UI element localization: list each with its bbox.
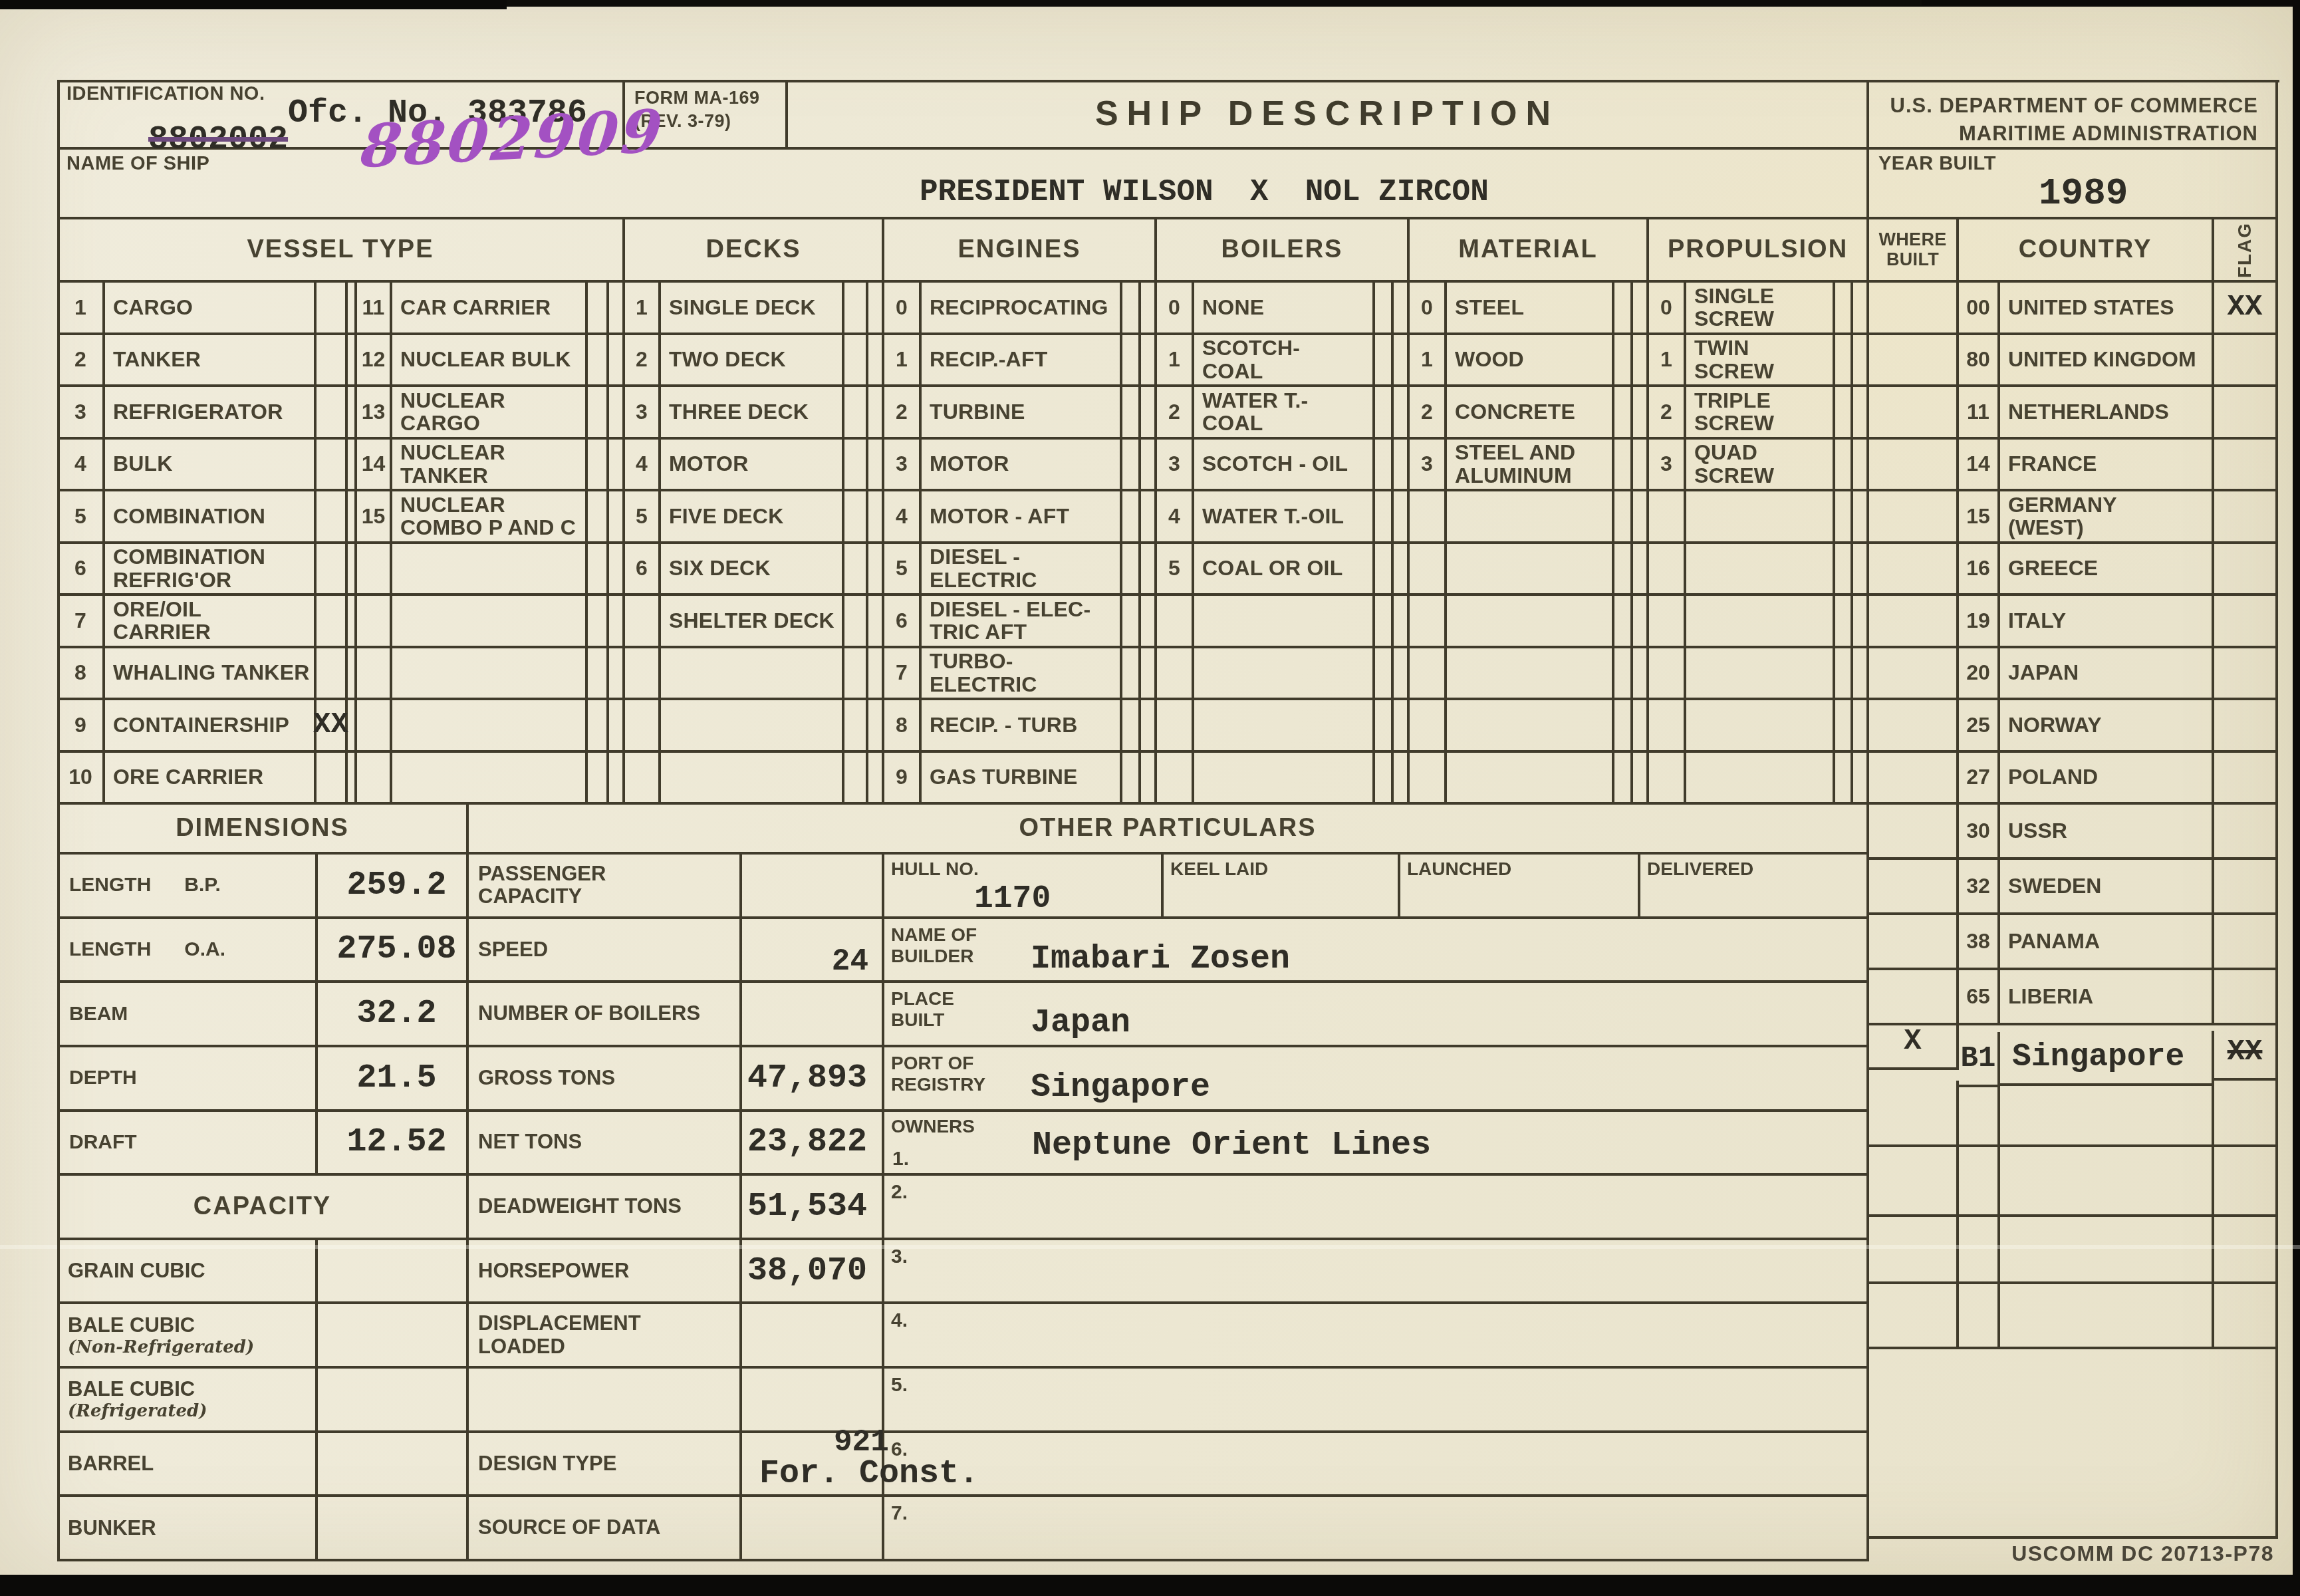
engines-label-cell: MOTOR - AFT [922, 491, 1122, 544]
port-of-registry-label: PORT OF REGISTRY [891, 1053, 985, 1095]
where-built-cell [1869, 648, 1959, 701]
country-name-cell: USSR [2000, 805, 2214, 860]
engines-check-cell [1122, 648, 1141, 701]
capacity-value-cell [318, 1304, 469, 1369]
decks-check-cell [844, 387, 868, 440]
decks-label-cell: MOTOR [661, 440, 844, 492]
builder-label: NAME OF BUILDER [891, 924, 977, 967]
particular-value: 38,070 [747, 1252, 867, 1290]
where-built-cell [1869, 544, 1959, 597]
decks-label-cell [661, 648, 844, 701]
particular-label-cell: DISPLACEMENT LOADED [469, 1304, 742, 1369]
dimension-value: 21.5 [356, 1059, 436, 1097]
agency-line1: U.S. DEPARTMENT OF COMMERCE [1890, 92, 2258, 120]
boilers-label-cell: WATER T.- COAL [1194, 387, 1375, 440]
boilers-number-cell [1157, 753, 1194, 805]
divider-gap-cell [1633, 387, 1649, 440]
divider-gap-cell [1141, 440, 1157, 492]
boilers-label-cell [1194, 700, 1375, 753]
decks-number-cell [625, 700, 661, 753]
country-name-cell [2000, 1147, 2214, 1217]
vessel-type-check-cell [317, 544, 348, 597]
propulsion-check-cell [1835, 700, 1853, 753]
scan-edge-artifact-bottom [0, 1575, 2300, 1596]
vessel-type-check-cell [588, 544, 609, 597]
flag-cell: XX [2214, 283, 2278, 335]
boilers-label-cell: NONE [1194, 283, 1375, 335]
particular-label-cell: SPEED [469, 919, 742, 984]
country-code-cell: 27 [1959, 753, 2000, 805]
flag-cell [2214, 753, 2278, 805]
vessel-type-label-cell [392, 648, 588, 701]
vessel-type-check-cell [317, 491, 348, 544]
divider-gap-cell [1853, 491, 1869, 544]
flag-cell: XX [2214, 1025, 2278, 1081]
engines-number-cell: 9 [884, 753, 922, 805]
material-check-cell [1614, 648, 1633, 701]
country-name-cell: UNITED KINGDOM [2000, 335, 2214, 388]
vessel-type-check-cell [317, 753, 348, 805]
right-area-cell: PLACE BUILTJapan [884, 983, 1869, 1047]
divider-gap-cell [1141, 648, 1157, 701]
divider-gap-cell [1633, 491, 1649, 544]
divider-gap-cell [868, 596, 884, 648]
boilers-number-cell: 2 [1157, 387, 1194, 440]
divider-gap-cell [1394, 596, 1410, 648]
divider-gap-cell [609, 491, 625, 544]
material-number-cell [1410, 544, 1447, 597]
country-name-cell: POLAND [2000, 753, 2214, 805]
divider-gap-cell [609, 440, 625, 492]
vessel-type-check-cell [588, 648, 609, 701]
capacity-label: BUNKER [68, 1516, 156, 1540]
form-border-left [57, 80, 60, 1561]
engines-check-cell [1122, 440, 1141, 492]
particular-value-cell [742, 1369, 884, 1433]
particular-value-cell: 47,893 [742, 1047, 884, 1112]
vessel-type-number-cell: 2 [59, 335, 105, 388]
boilers-label-cell: WATER T.-OIL [1194, 491, 1375, 544]
dimension-label-cell: LENGTH O.A. [59, 919, 318, 984]
boilers-number-cell: 1 [1157, 335, 1194, 388]
propulsion-check-cell [1835, 283, 1853, 335]
vessel-type-label-cell: WHALING TANKER [105, 648, 317, 701]
engines-number-cell: 1 [884, 335, 922, 388]
particular-value-cell [742, 855, 884, 919]
decks-check-cell [844, 440, 868, 492]
country-name-cell: FRANCE [2000, 440, 2214, 492]
propulsion-label-cell [1686, 700, 1835, 753]
capacity-sublabel: (Non-Refrigerated) [68, 1337, 254, 1357]
dimension-value: 32.2 [356, 995, 436, 1033]
scan-edge-artifact-top-left [0, 0, 507, 9]
boilers-number-cell: 3 [1157, 440, 1194, 492]
vessel-type-check-cell: XX [317, 700, 348, 753]
country-code-cell: 00 [1959, 283, 2000, 335]
vessel-type-label-cell: ORE CARRIER [105, 753, 317, 805]
country-name-cell [2000, 1284, 2214, 1349]
dimension-label-cell: BEAM [59, 983, 318, 1047]
material-label-cell: WOOD [1447, 335, 1614, 388]
boilers-check-cell [1375, 283, 1394, 335]
country-code-cell: 30 [1959, 805, 2000, 860]
propulsion-number-cell [1649, 544, 1686, 597]
flag-cell [2214, 544, 2278, 597]
dimension-value-cell: 275.08 [318, 919, 469, 984]
particular-label-cell: PASSENGER CAPACITY [469, 855, 742, 919]
propulsion-label-cell [1686, 648, 1835, 701]
column-header: BOILERS [1157, 219, 1410, 283]
material-number-cell: 0 [1410, 283, 1447, 335]
country-code-cell: 80 [1959, 335, 2000, 388]
divider-gap-cell [868, 440, 884, 492]
flag-cell [2214, 648, 2278, 701]
boilers-label-cell: COAL OR OIL [1194, 544, 1375, 597]
material-label-cell: STEEL [1447, 283, 1614, 335]
propulsion-check-cell [1835, 544, 1853, 597]
engines-label-cell: RECIPROCATING [922, 283, 1122, 335]
dimension-value-cell: 32.2 [318, 983, 469, 1047]
decks-label-cell: SIX DECK [661, 544, 844, 597]
decks-number-cell: 3 [625, 387, 661, 440]
country-code-cell: 15 [1959, 491, 2000, 544]
vessel-type-number-cell [357, 700, 392, 753]
engines-label-cell: TURBINE [922, 387, 1122, 440]
engines-check-cell [1122, 753, 1141, 805]
hull-no-value: 1170 [974, 881, 1051, 917]
material-label-cell [1447, 596, 1614, 648]
particular-label-cell: NUMBER OF BOILERS [469, 983, 742, 1047]
where-built-cell [1869, 1147, 1959, 1217]
flag-cell [2214, 805, 2278, 860]
divider-gap-cell [348, 596, 357, 648]
propulsion-number-cell: 0 [1649, 283, 1686, 335]
where-built-cell [1869, 753, 1959, 805]
propulsion-check-cell [1835, 596, 1853, 648]
vessel-type-number-cell: 3 [59, 387, 105, 440]
design-type-value: 921 For. Const. [759, 1427, 979, 1491]
vessel-type-check-cell [317, 387, 348, 440]
engines-check-cell [1122, 491, 1141, 544]
scanned-ship-description-form: IDENTIFICATION NO. Ofc. No. 383786 88020… [0, 0, 2300, 1596]
decks-label-cell [661, 753, 844, 805]
vessel-type-number-cell: 8 [59, 648, 105, 701]
decks-number-cell: 5 [625, 491, 661, 544]
propulsion-number-cell [1649, 596, 1686, 648]
divider-gap-cell [348, 283, 357, 335]
divider-gap-cell [1853, 700, 1869, 753]
flag-cell [2214, 860, 2278, 915]
form-title-box: SHIP DESCRIPTION [788, 80, 1869, 150]
dimension-value-cell: 12.52 [318, 1112, 469, 1176]
vessel-type-number-cell [357, 596, 392, 648]
capacity-value-cell [318, 1433, 469, 1498]
vessel-type-check-cell [588, 596, 609, 648]
divider-gap-cell [609, 283, 625, 335]
country-code-cell: 38 [1959, 915, 2000, 970]
boilers-check-cell [1375, 700, 1394, 753]
boilers-label-cell [1194, 753, 1375, 805]
decks-label-cell: THREE DECK [661, 387, 844, 440]
dimension-value-cell: 259.2 [318, 855, 469, 919]
particular-label-cell [469, 1369, 742, 1433]
country-code-cell: 20 [1959, 648, 2000, 701]
divider-gap-cell [1394, 648, 1410, 701]
capacity-label: BARREL [68, 1452, 154, 1476]
dimension-value: 259.2 [346, 866, 446, 904]
country-code-cell: 25 [1959, 700, 2000, 753]
country-code-cell: B1 [1959, 1032, 2000, 1087]
speed-value: 24 [832, 944, 868, 979]
engines-number-cell: 4 [884, 491, 922, 544]
material-check-cell [1614, 335, 1633, 388]
particular-value-cell: 24 [742, 919, 884, 984]
material-check-cell [1614, 596, 1633, 648]
hull-no-label: HULL NO. [891, 859, 979, 880]
country-name-cell: UNITED STATES [2000, 283, 2214, 335]
engines-label-cell: RECIP.-AFT [922, 335, 1122, 388]
divider-gap-cell [868, 648, 884, 701]
country-code-cell [1959, 1217, 2000, 1284]
year-built-label: YEAR BUILT [1878, 153, 1996, 175]
decks-number-cell: 4 [625, 440, 661, 492]
divider-gap-cell [348, 753, 357, 805]
right-area-cell: HULL NO.1170KEEL LAIDLAUNCHEDDELIVERED [884, 855, 1869, 919]
particular-value-cell: 23,822 [742, 1112, 884, 1176]
vessel-type-number-cell: 12 [357, 335, 392, 388]
form-imprint-box: USCOMM DC 20713-P78 [1981, 1541, 2274, 1566]
vessel-type-check-cell [317, 648, 348, 701]
vessel-type-label-cell: NUCLEAR COMBO P AND C [392, 491, 588, 544]
year-built-box: YEAR BUILT 1989 [1869, 150, 2278, 219]
engines-number-cell: 7 [884, 648, 922, 701]
material-label-cell [1447, 648, 1614, 701]
dimension-label-cell: DEPTH [59, 1047, 318, 1112]
decks-check-cell [844, 283, 868, 335]
capacity-label-cell: BUNKER [59, 1497, 318, 1561]
launched-cell-label: LAUNCHED [1407, 859, 1511, 880]
ship-name-value: PRESIDENT WILSON X NOL ZIRCON [920, 175, 1489, 209]
boilers-label-cell [1194, 596, 1375, 648]
divider-gap-cell [348, 544, 357, 597]
where-built-cell [1869, 491, 1959, 544]
propulsion-label-cell: TRIPLE SCREW [1686, 387, 1835, 440]
decks-number-cell [625, 596, 661, 648]
material-number-cell: 3 [1410, 440, 1447, 492]
divider-gap-cell [609, 648, 625, 701]
divider-gap-cell [348, 491, 357, 544]
flag-cell [2214, 491, 2278, 544]
vessel-type-number-cell [357, 544, 392, 597]
material-number-cell: 1 [1410, 335, 1447, 388]
place-built-value: Japan [1031, 1004, 1130, 1042]
column-header: DECKS [625, 219, 884, 283]
material-number-cell: 2 [1410, 387, 1447, 440]
decks-label-cell: FIVE DECK [661, 491, 844, 544]
material-check-cell [1614, 491, 1633, 544]
keel-laid-cell: KEEL LAID [1164, 855, 1400, 916]
divider-gap-cell [868, 753, 884, 805]
propulsion-label-cell [1686, 491, 1835, 544]
engines-label-cell: TURBO- ELECTRIC [922, 648, 1122, 701]
engines-number-cell: 0 [884, 283, 922, 335]
divider-gap-cell [1633, 596, 1649, 648]
divider-gap-cell [609, 335, 625, 388]
boilers-check-cell [1375, 387, 1394, 440]
divider-gap-cell [1141, 387, 1157, 440]
form-title: SHIP DESCRIPTION [1095, 94, 1559, 134]
boilers-label-cell: SCOTCH- COAL [1194, 335, 1375, 388]
country-table-lower: 30USSR32SWEDEN38PANAMA65LIBERIAXB1Singap… [1869, 805, 2278, 1539]
vessel-type-check-cell [588, 440, 609, 492]
column-header: ENGINES [884, 219, 1157, 283]
material-check-cell [1614, 387, 1633, 440]
divider-gap-cell [1633, 753, 1649, 805]
vessel-type-check-cell [588, 335, 609, 388]
divider-gap-cell [1394, 283, 1410, 335]
hull-row: HULL NO.1170KEEL LAIDLAUNCHEDDELIVERED [884, 855, 1866, 916]
keel-laid-cell-label: KEEL LAID [1170, 859, 1268, 880]
decks-check-cell [844, 544, 868, 597]
engines-number-cell: 2 [884, 387, 922, 440]
boilers-number-cell [1157, 596, 1194, 648]
country-code-cell: 65 [1959, 970, 2000, 1025]
vessel-type-label-cell [392, 753, 588, 805]
country-name-cell: ITALY [2000, 596, 2214, 648]
vessel-type-number-cell [357, 648, 392, 701]
engines-label-cell: RECIP. - TURB [922, 700, 1122, 753]
propulsion-check-cell [1835, 753, 1853, 805]
column-header: WHERE BUILT [1869, 219, 1959, 283]
agency-box: U.S. DEPARTMENT OF COMMERCE MARITIME ADM… [1869, 80, 2278, 150]
right-area-cell: PORT OF REGISTRYSingapore [884, 1047, 1869, 1112]
country-name-cell: PANAMA [2000, 915, 2214, 970]
engines-check-cell [1122, 544, 1141, 597]
engines-number-cell: 6 [884, 596, 922, 648]
classification-table: VESSEL TYPEDECKSENGINESBOILERSMATERIALPR… [59, 219, 2278, 805]
column-header: MATERIAL [1410, 219, 1649, 283]
scan-crease-artifact [0, 1245, 2300, 1249]
vessel-type-label-cell: NUCLEAR CARGO [392, 387, 588, 440]
divider-gap-cell [348, 387, 357, 440]
boilers-number-cell: 0 [1157, 283, 1194, 335]
vessel-type-label-cell [392, 544, 588, 597]
vessel-type-label-cell [392, 700, 588, 753]
vessel-type-number-cell [357, 753, 392, 805]
particular-value-cell [742, 1497, 884, 1561]
propulsion-label-cell [1686, 753, 1835, 805]
divider-gap-cell [1633, 648, 1649, 701]
where-built-cell [1869, 1217, 1959, 1284]
capacity-value-cell [318, 1497, 469, 1561]
dimension-value: 275.08 [336, 930, 456, 968]
divider-gap-cell [1853, 596, 1869, 648]
capacity-label-cell: BALE CUBIC(Non-Refrigerated) [59, 1304, 318, 1369]
agency-line2: MARITIME ADMINISTRATION [1959, 120, 2258, 148]
particular-value-cell: 51,534 [742, 1176, 884, 1240]
decks-check-cell [844, 753, 868, 805]
right-area-cell: 7. [884, 1497, 1869, 1561]
engines-label-cell: GAS TURBINE [922, 753, 1122, 805]
boilers-check-cell [1375, 648, 1394, 701]
vessel-type-check-cell [317, 440, 348, 492]
propulsion-check-cell [1835, 335, 1853, 388]
engines-number-cell: 3 [884, 440, 922, 492]
particular-value: 47,893 [747, 1059, 867, 1097]
boilers-check-cell [1375, 753, 1394, 805]
country-name-cell: NETHERLANDS [2000, 387, 2214, 440]
engines-label-cell: DIESEL - ELECTRIC [922, 544, 1122, 597]
owner-number: 1. [892, 1148, 909, 1170]
boilers-check-cell [1375, 491, 1394, 544]
right-area-cell: OWNERS1.Neptune Orient Lines [884, 1112, 1869, 1176]
country-name-cell: LIBERIA [2000, 970, 2214, 1025]
divider-gap-cell [609, 596, 625, 648]
divider-gap-cell [868, 544, 884, 597]
divider-gap-cell [1394, 440, 1410, 492]
owner-number: 5. [891, 1374, 908, 1396]
particular-label-cell: GROSS TONS [469, 1047, 742, 1112]
right-area-cell: 6. [884, 1433, 1869, 1498]
country-name-cell: JAPAN [2000, 648, 2214, 701]
port-of-registry-value: Singapore [1031, 1069, 1210, 1107]
vessel-type-check-cell [317, 335, 348, 388]
form-imprint: USCOMM DC 20713-P78 [2011, 1541, 2274, 1565]
material-label-cell: CONCRETE [1447, 387, 1614, 440]
material-check-cell [1614, 700, 1633, 753]
material-number-cell [1410, 648, 1447, 701]
flag-cell [2214, 440, 2278, 492]
flag-cell [2214, 1081, 2278, 1147]
engines-check-cell [1122, 283, 1141, 335]
vessel-type-check-cell [317, 283, 348, 335]
boilers-check-cell [1375, 596, 1394, 648]
material-number-cell [1410, 700, 1447, 753]
where-built-cell [1869, 283, 1959, 335]
particular-value: 51,534 [747, 1188, 867, 1226]
flag-cell [2214, 970, 2278, 1025]
particular-value-cell [742, 983, 884, 1047]
right-area-cell: 3. [884, 1240, 1869, 1305]
divider-gap-cell [1633, 700, 1649, 753]
year-built-value: 1989 [2039, 172, 2128, 215]
where-built-cell [1869, 860, 1959, 915]
where-built-cell [1869, 335, 1959, 388]
capacity-sublabel: (Refrigerated) [68, 1401, 207, 1421]
material-check-cell [1614, 283, 1633, 335]
capacity-value-cell [318, 1369, 469, 1433]
decks-check-cell [844, 700, 868, 753]
particular-value: 23,822 [747, 1123, 867, 1161]
vessel-type-number-cell: 14 [357, 440, 392, 492]
flag-cell [2214, 1217, 2278, 1284]
divider-gap-cell [1394, 753, 1410, 805]
launched-cell: LAUNCHED [1400, 855, 1640, 916]
owner-number: 4. [891, 1309, 908, 1332]
engines-number-cell: 5 [884, 544, 922, 597]
identification-box: IDENTIFICATION NO. Ofc. No. 383786 88020… [59, 80, 625, 150]
boilers-label-cell: SCOTCH - OIL [1194, 440, 1375, 492]
boilers-check-cell [1375, 335, 1394, 388]
scan-edge-artifact-top-right [1922, 0, 2300, 5]
design-type-value-line1: 921 [834, 1427, 979, 1458]
divider-gap-cell [1853, 544, 1869, 597]
divider-gap-cell [1141, 335, 1157, 388]
divider-gap-cell [1141, 544, 1157, 597]
material-label-cell [1447, 700, 1614, 753]
vessel-type-check-cell [588, 700, 609, 753]
country-name-cell [2000, 1081, 2214, 1147]
